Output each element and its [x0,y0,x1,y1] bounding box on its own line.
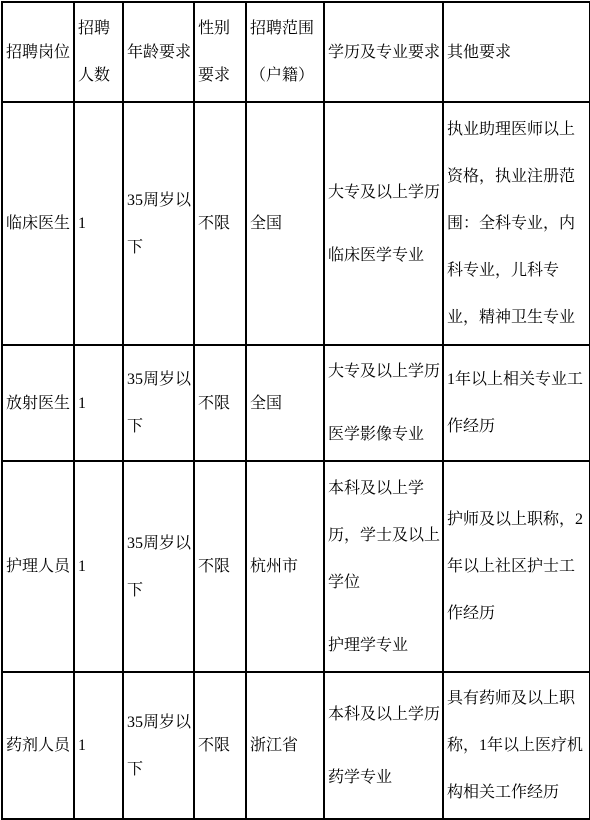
cell-other: 具有药师及以上职称，1年以上医疗机构相关工作经历 [443,672,590,819]
cell-headcount: 1 [74,345,123,461]
cell-education: 本科及以上学历，学士及以上学位 护理学专业 [324,461,443,672]
cell-position: 临床医生 [2,102,74,345]
cell-gender: 不限 [194,102,246,345]
education-paragraph: 药学专业 [328,754,440,801]
cell-scope: 全国 [246,102,324,345]
cell-age: 35周岁以下 [123,102,194,345]
education-paragraph: 大专及以上学历 [328,348,440,395]
header-cell-education: 学历及专业要求 [324,2,443,102]
other-paragraph: 1年以上相关专业工作经历 [447,356,587,450]
table-row: 护理人员 1 35周岁以下 不限 杭州市 本科及以上学历，学士及以上学位 护理学… [2,461,590,672]
education-paragraph: 护理学专业 [328,622,440,669]
header-cell-other: 其他要求 [443,2,590,102]
page: 招聘岗位 招聘人数 年龄要求 性别要求 招聘范围（户籍） 学历及专业要求 其他要… [0,0,590,820]
cell-age: 35周岁以下 [123,345,194,461]
cell-position: 药剂人员 [2,672,74,819]
header-row: 招聘岗位 招聘人数 年龄要求 性别要求 招聘范围（户籍） 学历及专业要求 其他要… [2,2,590,102]
other-paragraph: 执业助理医师以上资格，执业注册范围：全科专业，内科专业，儿科专业，精神卫生专业 [447,106,587,341]
header-cell-gender: 性别要求 [194,2,246,102]
cell-headcount: 1 [74,461,123,672]
table-row: 放射医生 1 35周岁以下 不限 全国 大专及以上学历 医学影像专业 1年以上相… [2,345,590,461]
table-row: 临床医生 1 35周岁以下 不限 全国 大专及以上学历 临床医学专业 执业助理医… [2,102,590,345]
cell-headcount: 1 [74,672,123,819]
other-paragraph: 具有药师及以上职称，1年以上医疗机构相关工作经历 [447,675,587,816]
cell-gender: 不限 [194,461,246,672]
cell-gender: 不限 [194,345,246,461]
header-cell-headcount: 招聘人数 [74,2,123,102]
header-cell-position: 招聘岗位 [2,2,74,102]
cell-age: 35周岁以下 [123,461,194,672]
cell-other: 1年以上相关专业工作经历 [443,345,590,461]
other-paragraph: 护师及以上职称，2年以上社区护士工作经历 [447,496,587,637]
cell-position: 护理人员 [2,461,74,672]
cell-scope: 全国 [246,345,324,461]
cell-scope: 杭州市 [246,461,324,672]
cell-headcount: 1 [74,102,123,345]
cell-position: 放射医生 [2,345,74,461]
cell-scope: 浙江省 [246,672,324,819]
education-paragraph: 临床医学专业 [328,232,440,279]
education-paragraph: 本科及以上学历，学士及以上学位 [328,465,440,606]
education-paragraph: 医学影像专业 [328,411,440,458]
cell-education: 大专及以上学历 临床医学专业 [324,102,443,345]
cell-gender: 不限 [194,672,246,819]
recruitment-table: 招聘岗位 招聘人数 年龄要求 性别要求 招聘范围（户籍） 学历及专业要求 其他要… [1,1,590,820]
cell-other: 护师及以上职称，2年以上社区护士工作经历 [443,461,590,672]
cell-education: 本科及以上学历 药学专业 [324,672,443,819]
cell-education: 大专及以上学历 医学影像专业 [324,345,443,461]
header-cell-scope: 招聘范围（户籍） [246,2,324,102]
cell-other: 执业助理医师以上资格，执业注册范围：全科专业，内科专业，儿科专业，精神卫生专业 [443,102,590,345]
education-paragraph: 本科及以上学历 [328,691,440,738]
education-paragraph: 大专及以上学历 [328,169,440,216]
table-row: 药剂人员 1 35周岁以下 不限 浙江省 本科及以上学历 药学专业 具有药师及以… [2,672,590,819]
cell-age: 35周岁以下 [123,672,194,819]
header-cell-age: 年龄要求 [123,2,194,102]
